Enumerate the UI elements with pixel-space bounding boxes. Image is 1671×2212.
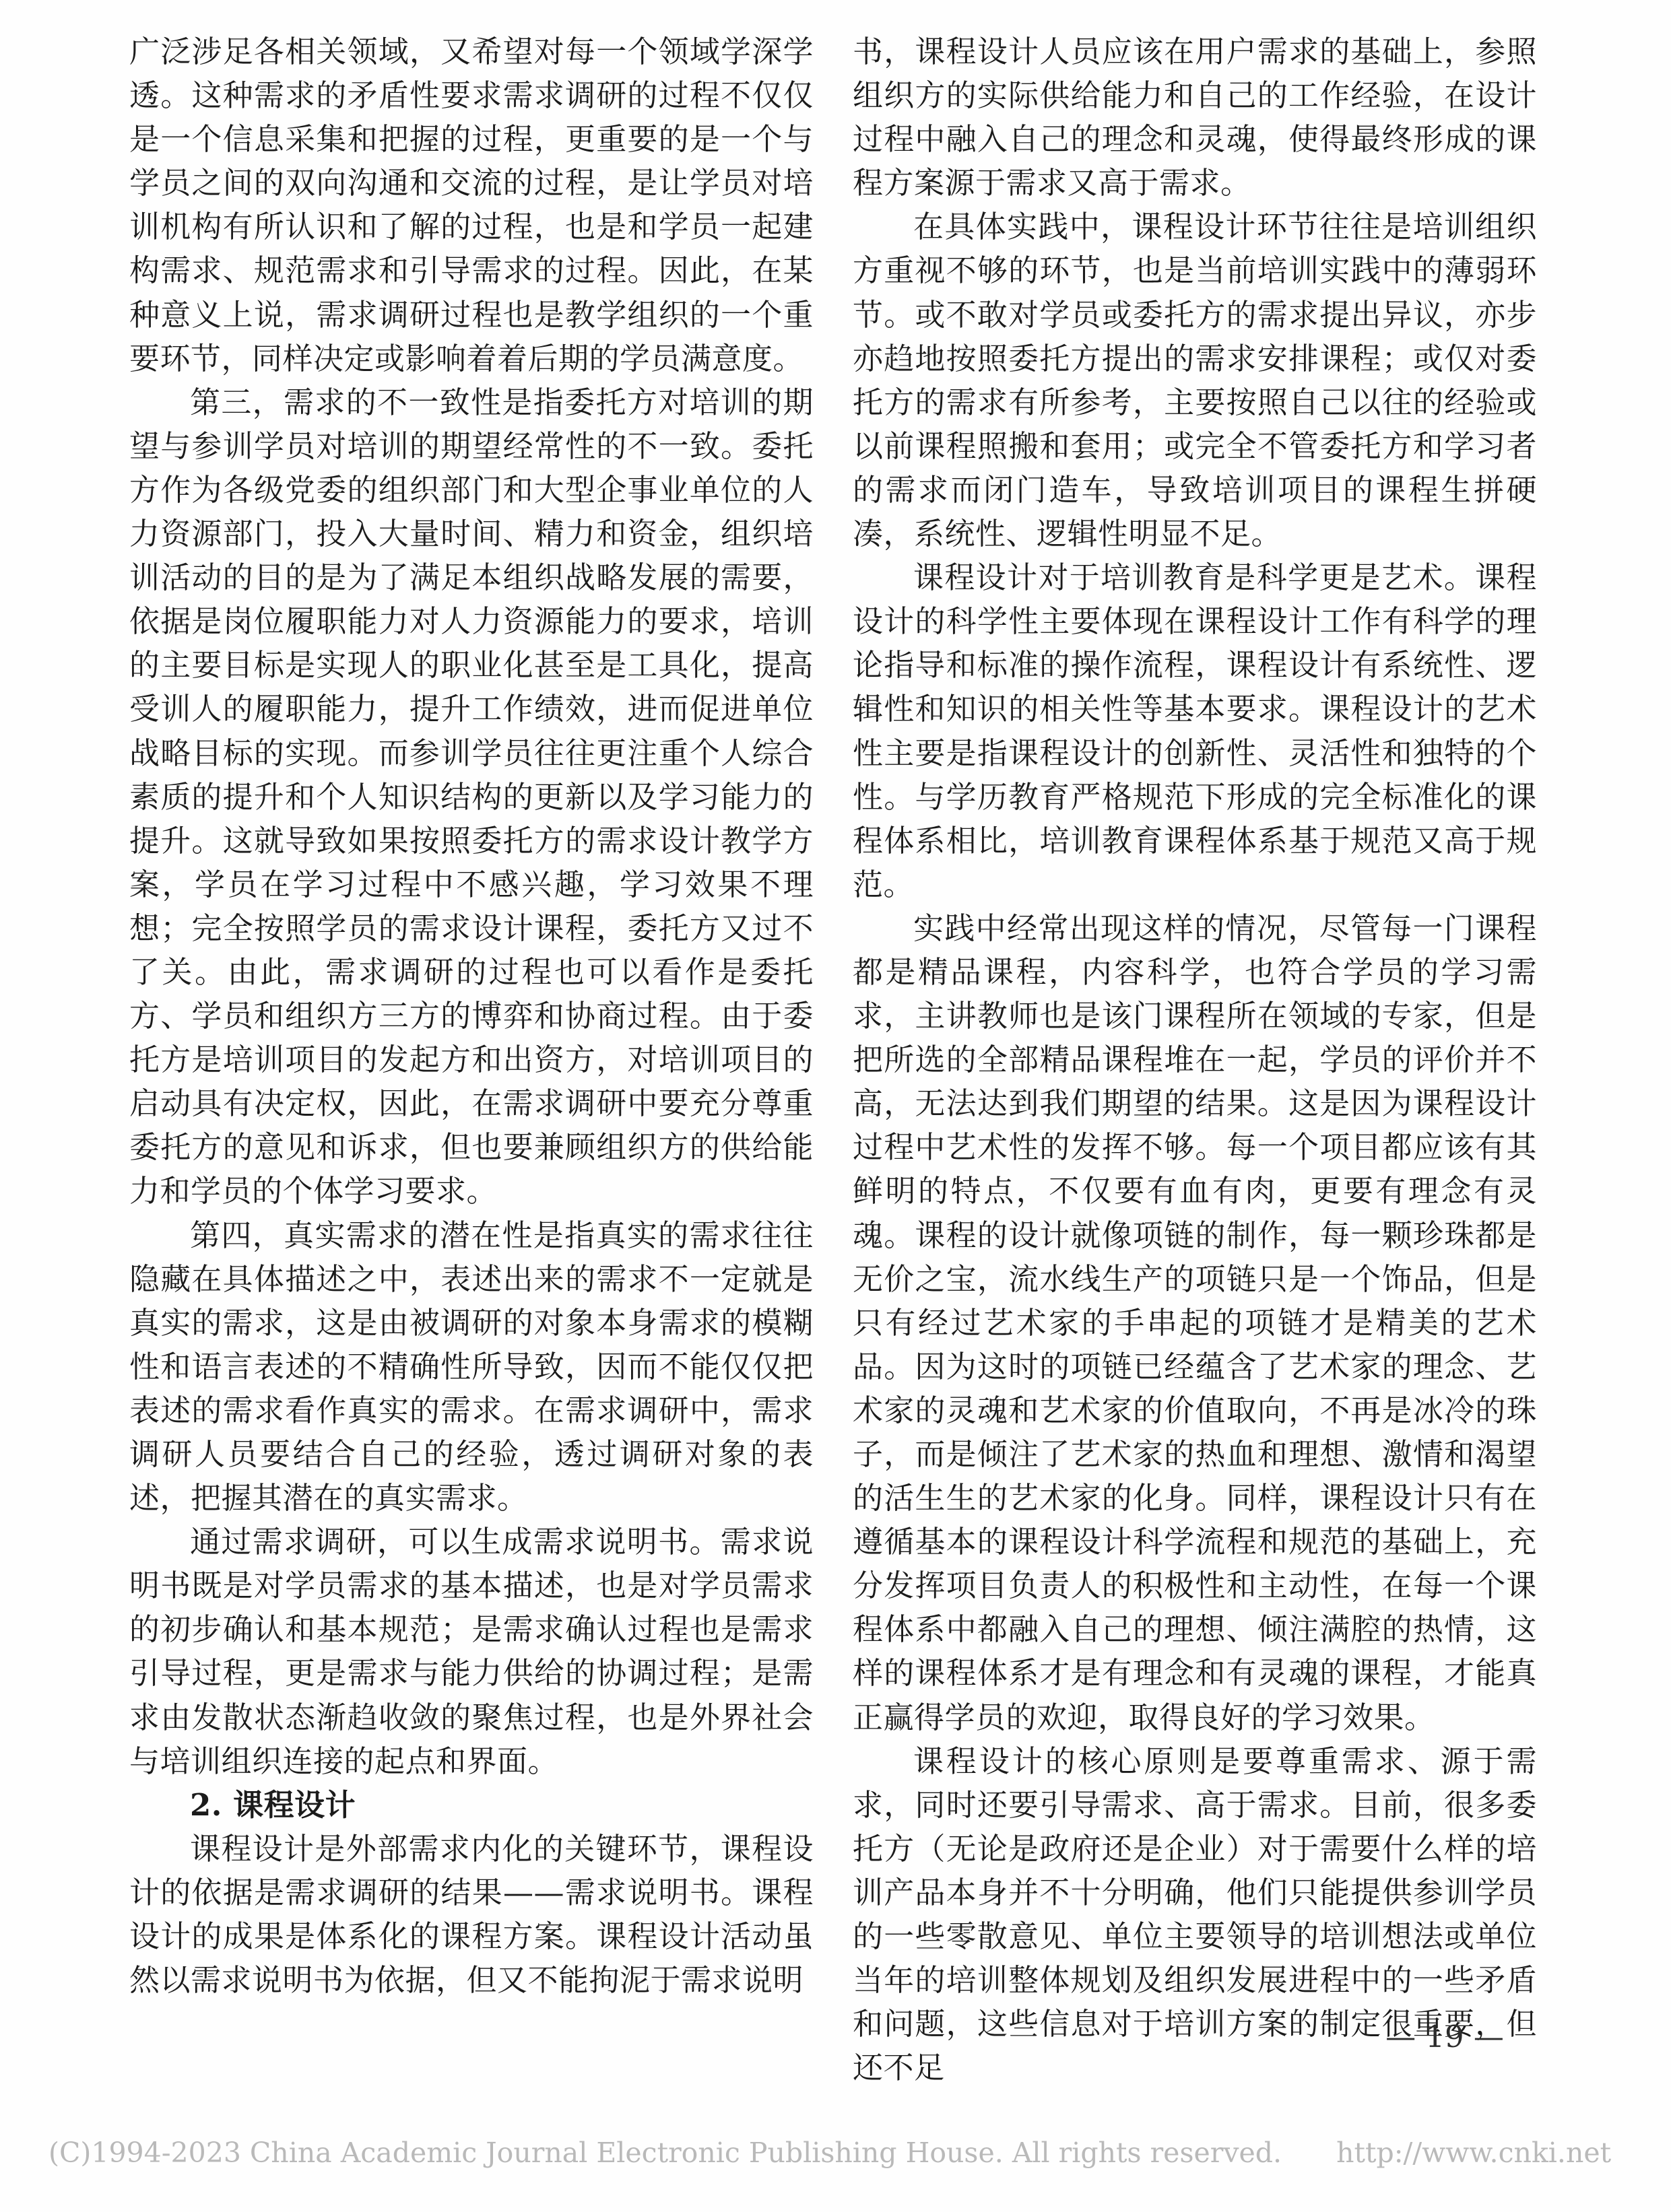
copyright-text: (C)1994-2023 China Academic Journal Elec… [48, 2137, 1282, 2169]
right-column: 书，课程设计人员应该在用户需求的基础上，参照组织方的实际供给能力和自己的工作经验… [853, 30, 1537, 2089]
cnki-url: http://www.cnki.net [1336, 2137, 1611, 2169]
paragraph: 第三，需求的不一致性是指委托方对培训的期望与参训学员对培训的期望经常性的不一致。… [129, 380, 814, 1213]
document-page: 广泛涉足各相关领域，又希望对每一个领域学深学透。这种需求的矛盾性要求需求调研的过… [0, 0, 1671, 2212]
paragraph: 通过需求调研，可以生成需求说明书。需求说明书既是对学员需求的基本描述，也是对学员… [129, 1520, 814, 1783]
left-column: 广泛涉足各相关领域，又希望对每一个领域学深学透。这种需求的矛盾性要求需求调研的过… [129, 30, 814, 2002]
copyright-footer: (C)1994-2023 China Academic Journal Elec… [48, 2136, 1611, 2170]
paragraph: 课程设计是外部需求内化的关键环节，课程设计的依据是需求调研的结果——需求说明书。… [129, 1827, 814, 2002]
page-number: — 19 — [1347, 2015, 1542, 2058]
section-heading: 2. 课程设计 [129, 1783, 814, 1827]
paragraph: 书，课程设计人员应该在用户需求的基础上，参照组织方的实际供给能力和自己的工作经验… [853, 30, 1537, 205]
paragraph: 实践中经常出现这样的情况，尽管每一门课程都是精品课程，内容科学，也符合学员的学习… [853, 906, 1537, 1739]
paragraph: 第四，真实需求的潜在性是指真实的需求往往隐藏在具体描述之中，表述出来的需求不一定… [129, 1213, 814, 1520]
paragraph: 广泛涉足各相关领域，又希望对每一个领域学深学透。这种需求的矛盾性要求需求调研的过… [129, 30, 814, 380]
paragraph: 课程设计对于培训教育是科学更是艺术。课程设计的科学性主要体现在课程设计工作有科学… [853, 556, 1537, 906]
paragraph: 在具体实践中，课程设计环节往往是培训组织方重视不够的环节，也是当前培训实践中的薄… [853, 205, 1537, 556]
